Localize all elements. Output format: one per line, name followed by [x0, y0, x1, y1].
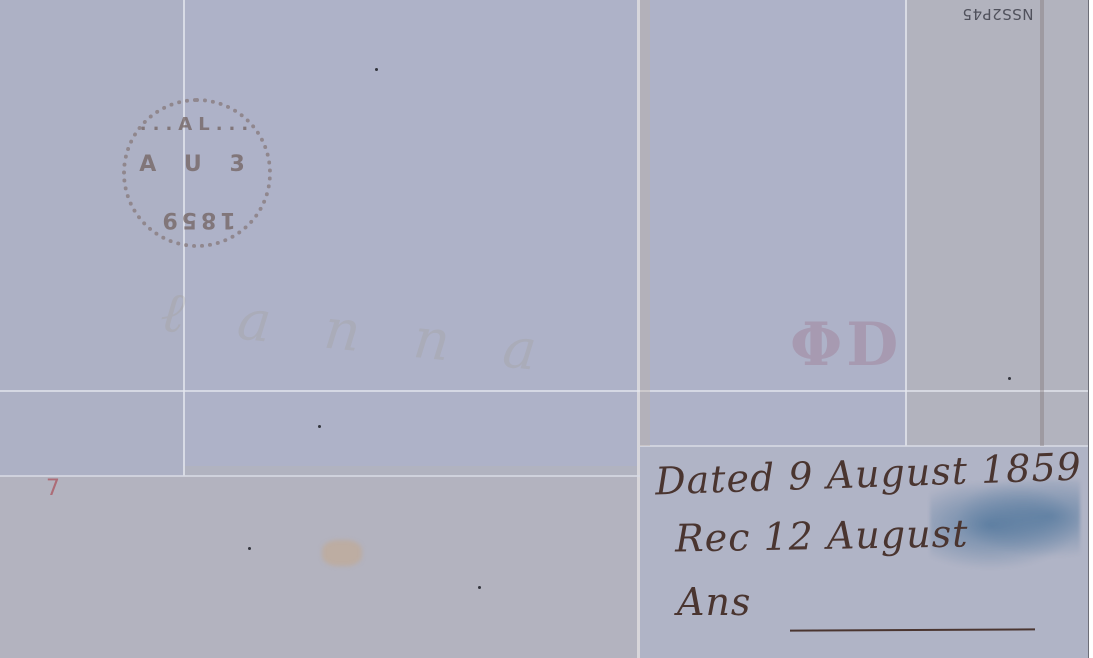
crease [1040, 0, 1044, 446]
docket-dated-line: Dated 9 August 1859 [654, 445, 1082, 504]
docket-answered-line: Ans [677, 580, 751, 624]
outer-right-panel [905, 0, 1088, 446]
speck [248, 547, 251, 550]
docket-received-line: Rec 12 August [675, 511, 969, 560]
speck [318, 425, 321, 428]
bottom-left-panel [0, 476, 640, 658]
postmark-date: A U 3 [126, 152, 268, 177]
crease [640, 0, 650, 446]
letter-sheet: ℓ a n n a ΦD ...AL... A U 3 1859 NSS2P45… [0, 0, 1093, 658]
answer-blank-underline [790, 628, 1035, 631]
handwritten-docket: Dated 9 August 1859 Rec 12 August Ans [655, 452, 1080, 652]
speck [375, 68, 378, 71]
pencil-reference-note: NSS2P45 [962, 5, 1033, 23]
show-through-stamp: ΦD [790, 310, 902, 380]
fold-line-horizontal [0, 390, 1088, 392]
postmark-top-text: ...AL... [126, 114, 268, 135]
postmark-year: 1859 [126, 207, 268, 232]
left-flap-panel [0, 0, 183, 476]
circular-postmark: ...AL... A U 3 1859 [122, 98, 272, 248]
speck [1008, 377, 1011, 380]
fold-line-vertical [905, 0, 907, 446]
foxing-stain [322, 540, 362, 566]
paper-edge [1088, 0, 1093, 658]
speck [478, 586, 481, 589]
red-crayon-mark: 7 [46, 476, 60, 501]
fold-line-horizontal [0, 475, 640, 477]
main-flap-panel [183, 0, 905, 466]
